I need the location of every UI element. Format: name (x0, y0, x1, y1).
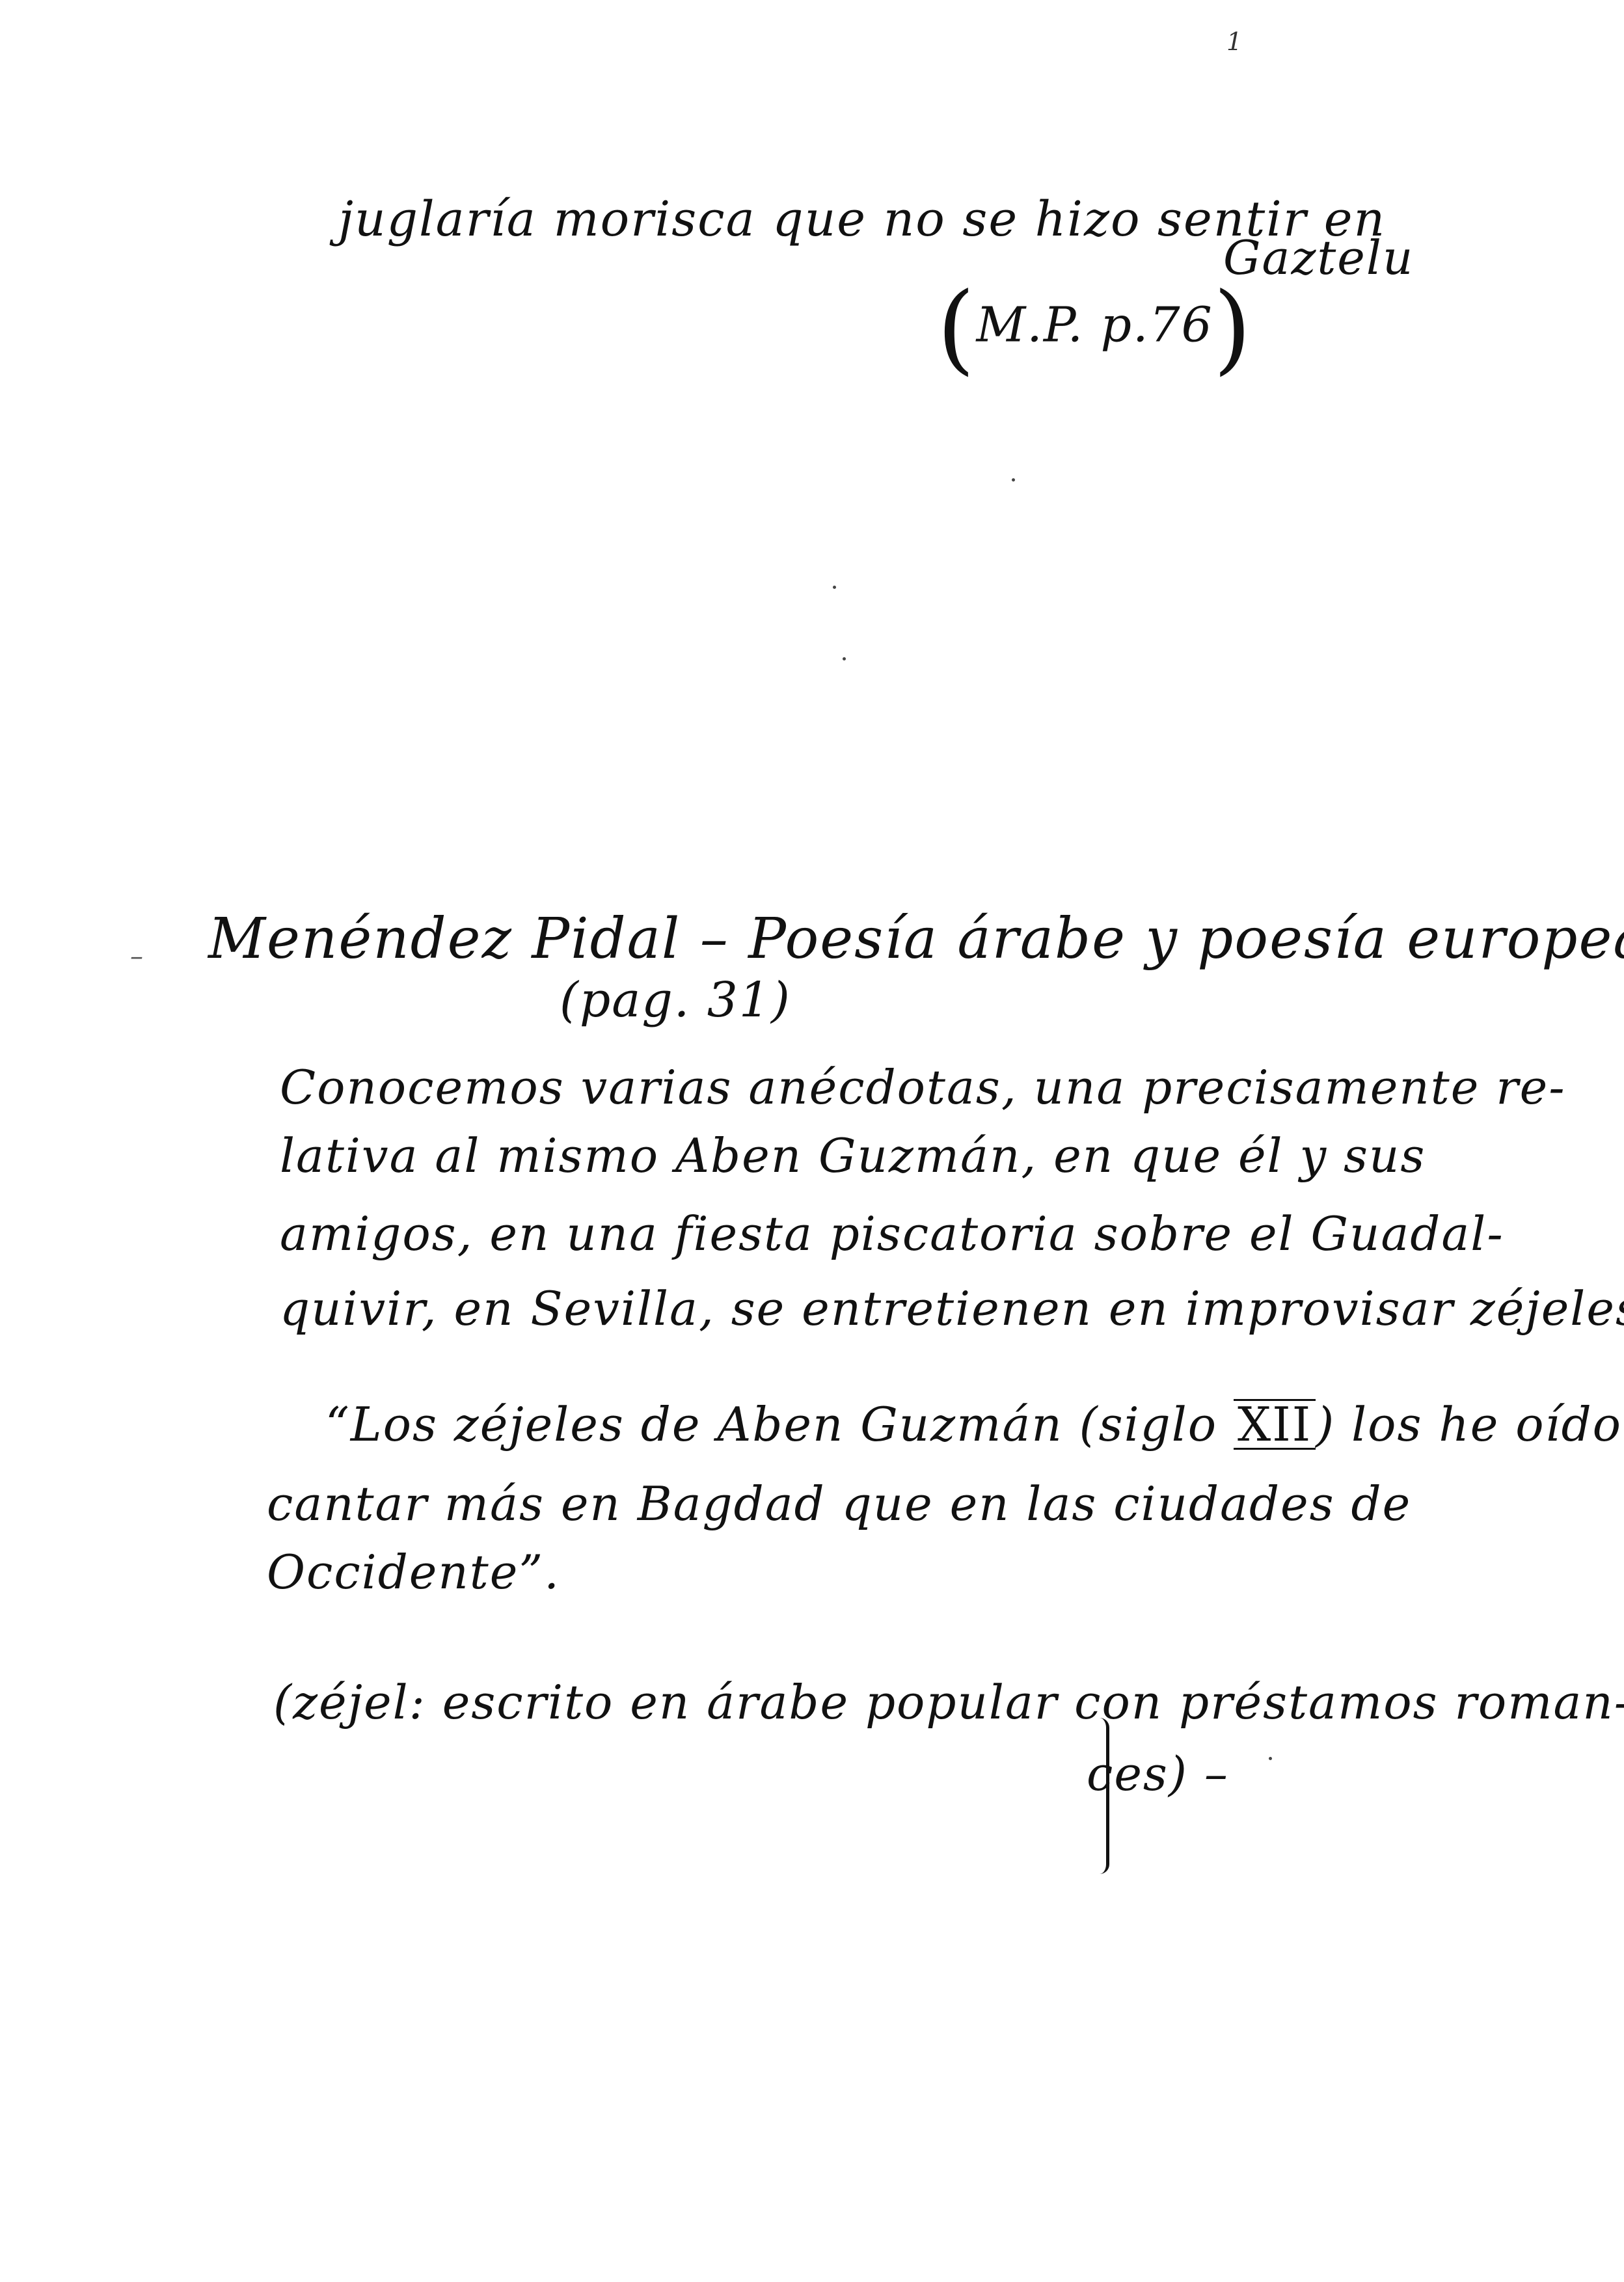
quote-line-end: ) los he oído (1316, 1397, 1622, 1452)
quote-line: Occidente”. (267, 1549, 560, 1596)
closing-bracket-stroke (1100, 1718, 1109, 1874)
close-paren: ) (1213, 272, 1253, 385)
paragraph-line: lativa al mismo Aben Guzmán, en que él y… (280, 1132, 1426, 1179)
manuscript-page: 1 juglaría morisca que no se hizo sentir… (0, 0, 1624, 2282)
paragraph-line: Conocemos varias anécdotas, una precisam… (280, 1064, 1566, 1111)
margin-dash: – (130, 944, 144, 970)
century-numeral: XII (1234, 1399, 1316, 1450)
quote-line: cantar más en Bagdad que en las ciudades… (267, 1480, 1411, 1527)
note-line: (zéjel: escrito en árabe popular con pré… (273, 1679, 1624, 1726)
page-reference-text: pag. 31 (580, 972, 771, 1028)
page-reference: (pag. 31) (560, 976, 791, 1024)
ink-speck (1012, 478, 1015, 482)
paragraph-line: amigos, en una fiesta piscatoria sobre e… (280, 1210, 1504, 1257)
ink-speck (833, 586, 836, 589)
reference-text: M.P. p.76 (977, 297, 1213, 353)
folio-number: 1 (1226, 29, 1243, 54)
quote-line-start: “Los zéjeles de Aben Guzmán (siglo (325, 1397, 1217, 1452)
ink-speck (1269, 1757, 1272, 1760)
open-paren: ( (937, 272, 977, 385)
top-note-reference: (M.P. p.76) (937, 280, 1252, 377)
ink-speck (843, 657, 846, 660)
paragraph-line: quivir, en Sevilla, se entretienen en im… (280, 1285, 1624, 1332)
quote-line: “Los zéjeles de Aben Guzmán (siglo XII) … (325, 1399, 1622, 1450)
section-heading: Menéndez Pidal – Poesía árabe y poesía e… (208, 911, 1624, 967)
